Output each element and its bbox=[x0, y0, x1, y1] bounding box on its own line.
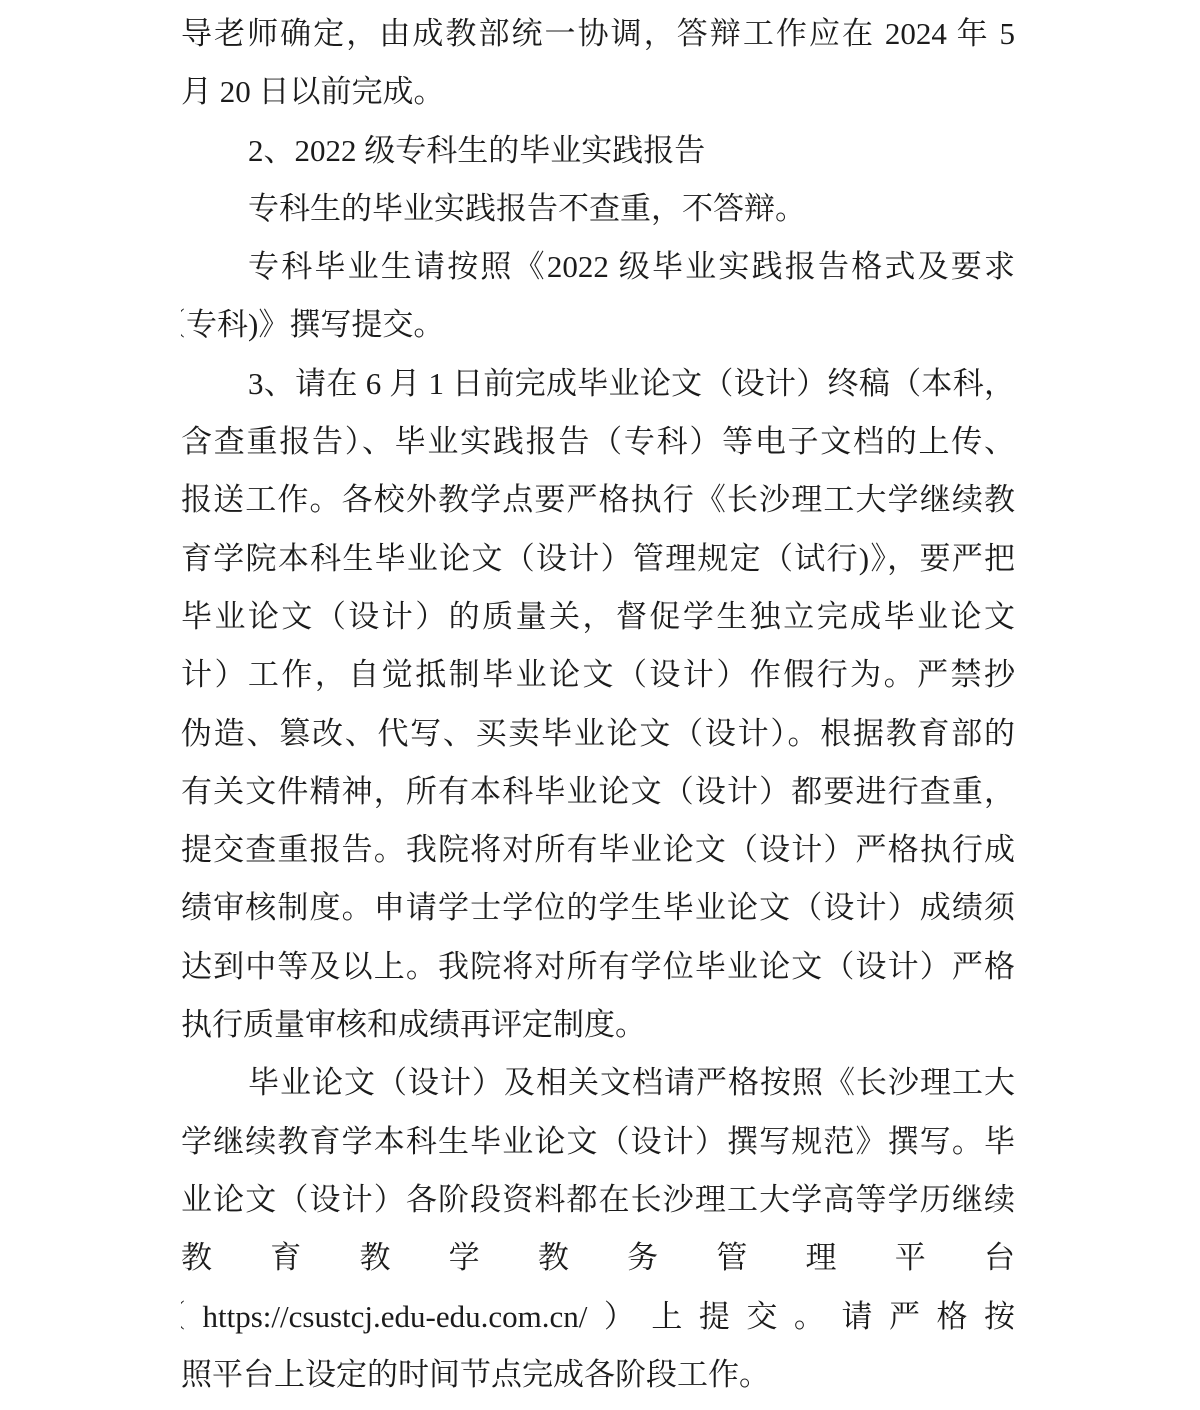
text-line-18: 执行质量审核和成绩再评定制度。 bbox=[181, 996, 1015, 1054]
text-line-13: 伪造、篡改、代写、买卖毕业论文（设计）。根据教育部的 bbox=[181, 705, 1015, 763]
text-line-14: 有关文件精神，所有本科毕业论文（设计）都要进行查重， bbox=[181, 763, 1015, 821]
text-line-04: 专科生的毕业实践报告不查重，不答辩。 bbox=[181, 180, 1015, 238]
text-line-15: 提交查重报告。我院将对所有毕业论文（设计）严格执行成 bbox=[181, 821, 1015, 879]
text-line-10: 育学院本科生毕业论文（设计）管理规定（试行)》，要严把 bbox=[181, 530, 1015, 588]
document-page: 导老师确定，由成教部统一协调，答辩工作应在 2024 年 5 月 20 日以前完… bbox=[181, 5, 1015, 1404]
text-line-05: 专科毕业生请按照《2022 级毕业实践报告格式及要求 bbox=[181, 238, 1015, 296]
text-line-22: 教育教学教务管理平台 bbox=[181, 1229, 1015, 1287]
text-line-03: 2、2022 级专科生的毕业实践报告 bbox=[181, 122, 1015, 180]
text-line-12: 计）工作，自觉抵制毕业论文（设计）作假行为。严禁抄袭、 bbox=[181, 646, 1015, 704]
text-line-07: 3、请在 6 月 1 日前完成毕业论文（设计）终稿（本科， bbox=[181, 355, 1015, 413]
text-line-06: （专科)》撰写提交。 bbox=[181, 296, 1015, 354]
text-line-02: 月 20 日以前完成。 bbox=[181, 63, 1015, 121]
text-line-24: 照平台上设定的时间节点完成各阶段工作。 bbox=[181, 1346, 1015, 1404]
text-line-08: 含查重报告）、毕业实践报告（专科）等电子文档的上传、 bbox=[181, 413, 1015, 471]
text-line-17: 达到中等及以上。我院将对所有学位毕业论文（设计）严格 bbox=[181, 938, 1015, 996]
text-line-23: （https://csustcj.edu-edu.com.cn/）上提交。请严格… bbox=[181, 1288, 1015, 1346]
text-line-21: 业论文（设计）各阶段资料都在长沙理工大学高等学历继续 bbox=[181, 1171, 1015, 1229]
text-line-16: 绩审核制度。申请学士学位的学生毕业论文（设计）成绩须 bbox=[181, 879, 1015, 937]
text-line-11: 毕业论文（设计）的质量关，督促学生独立完成毕业论文（设 bbox=[181, 588, 1015, 646]
text-line-09: 报送工作。各校外教学点要严格执行《长沙理工大学继续教 bbox=[181, 471, 1015, 529]
text-line-19: 毕业论文（设计）及相关文档请严格按照《长沙理工大 bbox=[181, 1054, 1015, 1112]
text-line-01: 导老师确定，由成教部统一协调，答辩工作应在 2024 年 5 bbox=[181, 5, 1015, 63]
text-line-20: 学继续教育学本科生毕业论文（设计）撰写规范》撰写。毕 bbox=[181, 1113, 1015, 1171]
